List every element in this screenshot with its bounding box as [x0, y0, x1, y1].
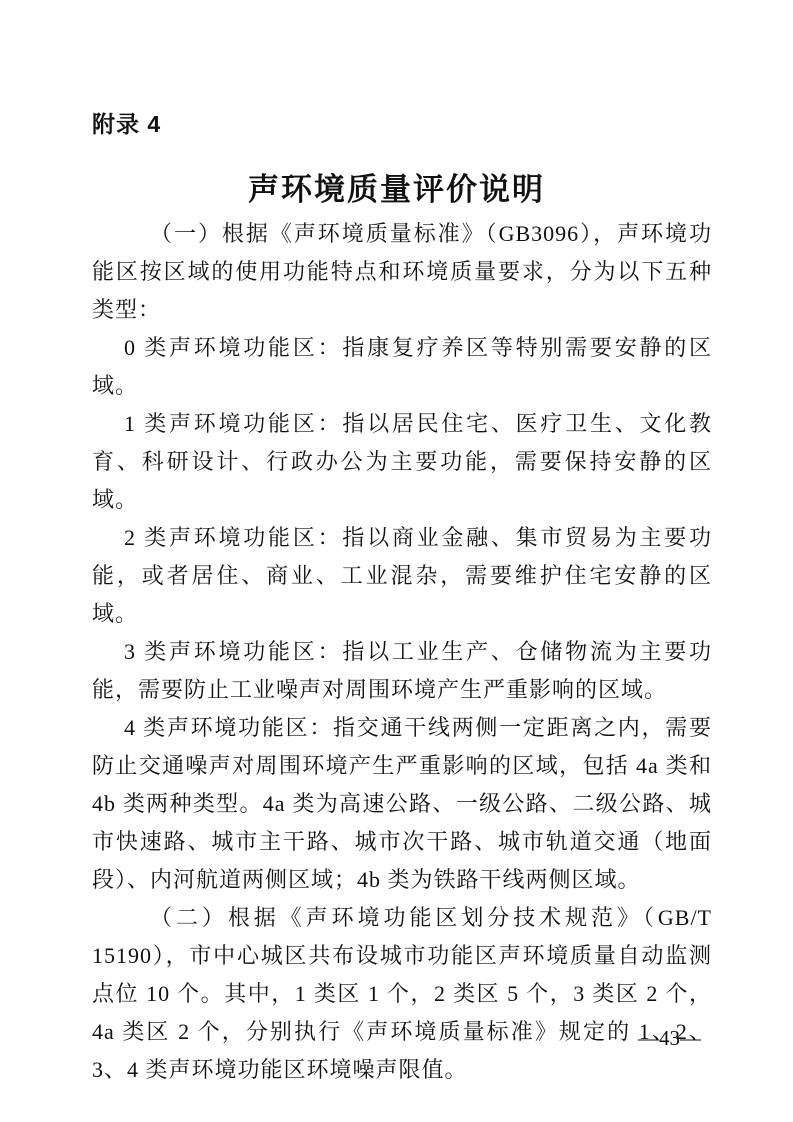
- para-class-0: 0 类声环境功能区：指康复疗养区等特别需要安静的区域。: [92, 329, 712, 405]
- appendix-label: 附录 4: [92, 106, 161, 139]
- para-class-1: 1 类声环境功能区：指以居民住宅、医疗卫生、文化教育、科研设计、行政办公为主要功…: [92, 405, 712, 519]
- document-page: 附录 4 声环境质量评价说明 （一）根据《声环境质量标准》（GB3096），声环…: [0, 0, 793, 1122]
- para-section-1-intro: （一）根据《声环境质量标准》（GB3096），声环境功能区按区域的使用功能特点和…: [92, 215, 712, 329]
- para-class-4: 4 类声环境功能区：指交通干线两侧一定距离之内，需要防止交通噪声对周围环境产生严…: [92, 709, 712, 899]
- page-title: 声环境质量评价说明: [0, 164, 793, 209]
- para-class-3: 3 类声环境功能区：指以工业生产、仓储物流为主要功能，需要防止工业噪声对周围环境…: [92, 633, 712, 709]
- para-section-2-monitoring: （二）根据《声环境功能区划分技术规范》（GB/T 15190），市中心城区共布设…: [92, 899, 712, 1089]
- document-body: （一）根据《声环境质量标准》（GB3096），声环境功能区按区域的使用功能特点和…: [92, 215, 712, 1089]
- page-number: —43—: [638, 1026, 701, 1051]
- para-class-2: 2 类声环境功能区：指以商业金融、集市贸易为主要功能，或者居住、商业、工业混杂，…: [92, 519, 712, 633]
